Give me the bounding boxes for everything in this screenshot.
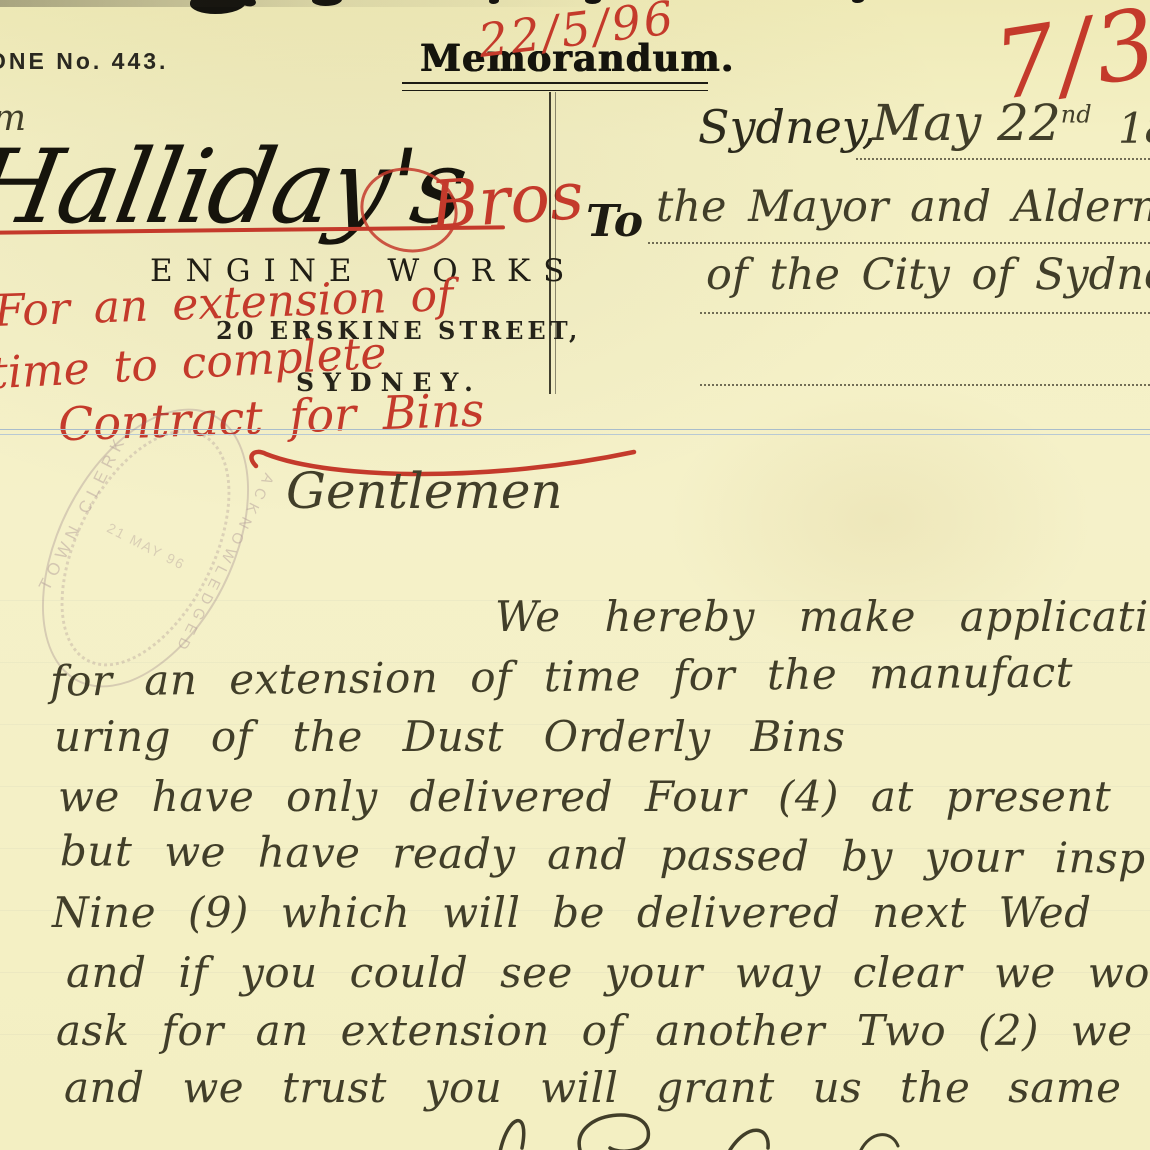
address-line-1: the Mayor and Aldermen [656, 182, 1150, 232]
phone-number-line: ONE No. 443. [0, 48, 168, 75]
greeting: Gentlemen [286, 462, 563, 520]
vertical-divider [549, 92, 556, 394]
date-handwritten: May 22nd [872, 94, 1092, 152]
signature-partial [430, 1100, 950, 1150]
body-line: We hereby make application [495, 592, 1150, 641]
address-line-2: of the City of Sydney [706, 250, 1150, 300]
body-line: and if you could see your way clear we w… [66, 948, 1150, 997]
body-line: for an extension of time for the manufac… [50, 648, 1073, 706]
address-dotted-line-3 [700, 338, 1150, 386]
memorandum-underline [402, 82, 708, 91]
date-ordinal: nd [1061, 100, 1092, 128]
body-line: Nine (9) which will be delivered next We… [52, 888, 1092, 937]
body-line: we have only delivered Four (4) at prese… [58, 772, 1111, 821]
bros-red-annotation: Bros [428, 157, 587, 245]
address-to-label: To [586, 196, 643, 247]
body-line: ask for an extension of another Two (2) … [56, 1006, 1133, 1055]
date-text: May 22 [872, 94, 1061, 152]
body-line: uring of the Dust Orderly Bins [54, 712, 845, 761]
date-year-prefix: 18 [1118, 104, 1150, 153]
body-line: but we have ready and passed by your ins… [60, 826, 1146, 883]
date-place: Sydney, [698, 100, 876, 154]
memorandum-document: ONE No. 443. Memorandum. 22/5/96 7/3 m H… [0, 0, 1150, 1150]
